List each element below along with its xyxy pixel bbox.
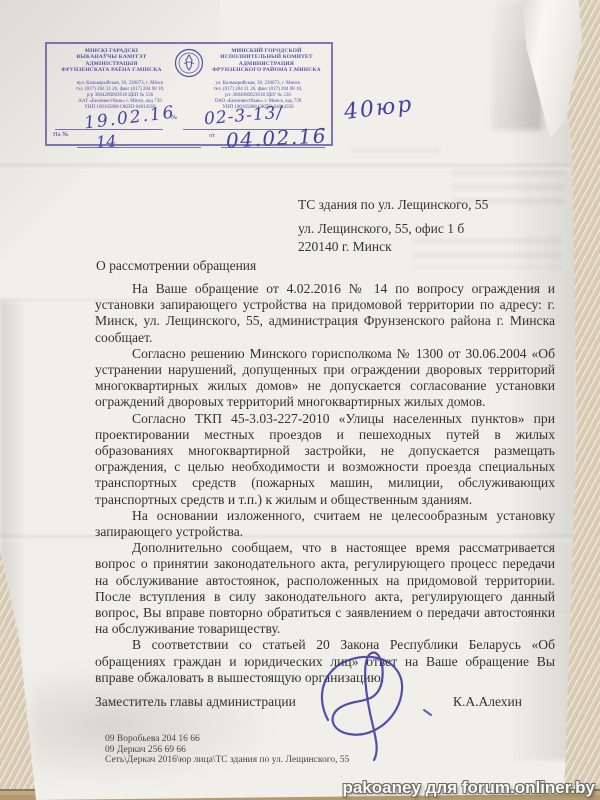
incoming-ref-label: На №: [53, 131, 68, 138]
handwritten-incoming-date: 04.02.16: [225, 123, 327, 152]
paper-shadow: [0, 300, 26, 720]
recipient-line: 220140 г. Минск: [298, 238, 488, 256]
stamp-header: МІНСКІ ГАРАДСКІ ВЫКАНАЎЧЫ КАМІТЭТ АДМІНІ…: [51, 48, 327, 78]
recipient-line: ул. Лещинского, 55, офис 1 б: [298, 220, 488, 238]
recipient-line: ТС здания по ул. Лещинского, 55: [298, 196, 488, 214]
org-name-belarusian: МІНСКІ ГАРАДСКІ ВЫКАНАЎЧЫ КАМІТЭТ АДМІНІ…: [51, 48, 172, 74]
watermark-credit: pakoaney для forum.onliner.by: [342, 778, 595, 798]
letter-body: На Ваше обращение от 4.02.2016 № 14 по в…: [95, 281, 555, 686]
paragraph: Согласно ТКП 45-3.03-227-2010 «Улицы нас…: [95, 411, 555, 508]
subject-line: О рассмотрении обращения: [96, 258, 256, 274]
handwritten-outgoing-number-suffix: 40юр: [343, 92, 415, 125]
org-line: ФРУНЗЕНСКАГА РАЁНА Г.МІНСКА: [51, 67, 172, 73]
paragraph: На Ваше обращение от 4.02.2016 № 14 по в…: [95, 281, 555, 346]
signer-title: Заместитель главы администрации: [95, 694, 296, 710]
org-line: ИСПОЛНИТЕЛЬНЫЙ КОМИТЕТ: [206, 54, 327, 60]
letter-photo: МІНСКІ ГАРАДСКІ ВЫКАНАЎЧЫ КАМІТЭТ АДМІНІ…: [0, 0, 600, 800]
signature-scribble: [312, 640, 442, 773]
from-label: от: [209, 132, 215, 139]
recipient-block: ТС здания по ул. Лещинского, 55 ул. Лещи…: [298, 196, 488, 256]
handwritten-incoming-number: 14: [95, 131, 117, 151]
paragraph: Согласно решению Минского горисполкома №…: [95, 346, 555, 411]
coat-of-arms-icon: [172, 48, 206, 78]
paragraph: Дополнительно сообщаем, что в настоящее …: [95, 540, 555, 637]
ink-bleedthrough: [350, 148, 440, 160]
signer-name: К.А.Алехин: [453, 694, 522, 710]
org-name-russian: МИНСКИЙ ГОРОДСКОЙ ИСПОЛНИТЕЛЬНЫЙ КОМИТЕТ…: [206, 48, 327, 74]
stamp-address: вул. Кальварыйская, 39, 220073, г. Мінск…: [51, 81, 327, 111]
paragraph: На основании изложенного, считаем не цел…: [95, 508, 555, 540]
org-line: ФРУНЗЕНСКОГО РАЙОНА Г.МИНСКА: [206, 67, 327, 73]
